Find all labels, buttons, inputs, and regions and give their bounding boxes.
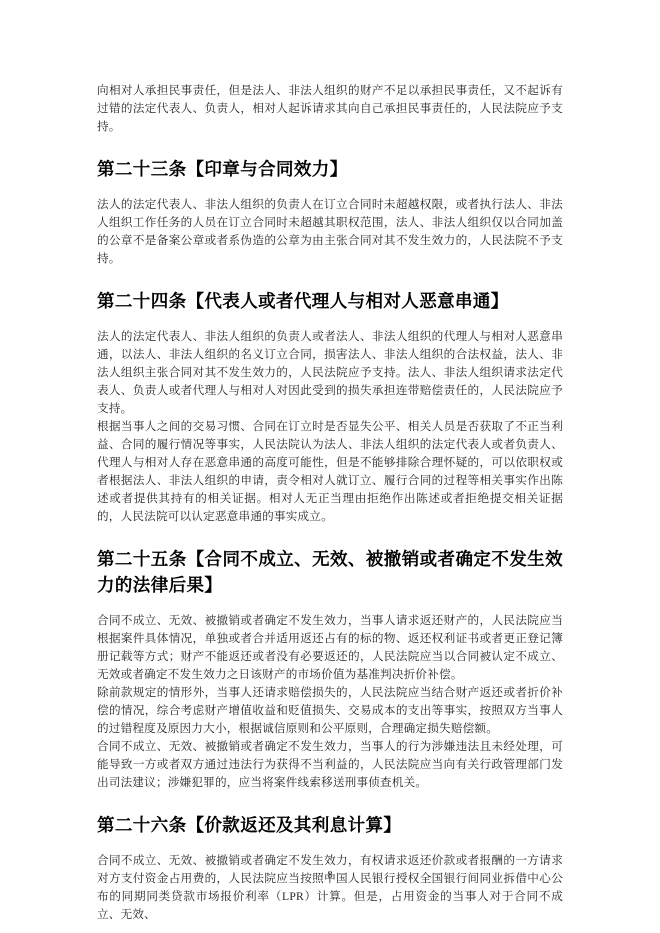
article-26-heading: 第二十六条【价款返还及其利息计算】: [97, 812, 563, 838]
article-25-paragraph-1: 合同不成立、无效、被撤销或者确定不发生效力，当事人请求返还财产的，人民法院应当根…: [97, 612, 563, 684]
document-page: 向相对人承担民事责任，但是法人、非法人组织的财产不足以承担民事责任，又不起诉有过…: [0, 0, 660, 933]
document-content: 向相对人承担民事责任，但是法人、非法人组织的财产不足以承担民事责任，又不起诉有过…: [97, 82, 563, 924]
page-footer: 8: [0, 865, 660, 883]
continuation-paragraph: 向相对人承担民事责任，但是法人、非法人组织的财产不足以承担民事责任，又不起诉有过…: [97, 82, 563, 136]
article-25-paragraph-3: 合同不成立、无效、被撤销或者确定不发生效力，当事人的行为涉嫌违法且未经处理，可能…: [97, 738, 563, 792]
article-23-paragraph: 法人的法定代表人、非法人组织的负责人在订立合同时未超越权限，或者执行法人、非法人…: [97, 196, 563, 268]
article-24-paragraph-1: 法人的法定代表人、非法人组织的负责人或者法人、非法人组织的代理人与相对人恶意串通…: [97, 328, 563, 418]
article-23-heading: 第二十三条【印章与合同效力】: [97, 156, 563, 182]
article-24-paragraph-2: 根据当事人之间的交易习惯、合同在订立时是否显失公平、相关人员是否获取了不正当利益…: [97, 418, 563, 526]
page-number: 8: [327, 870, 332, 881]
article-25-heading: 第二十五条【合同不成立、无效、被撤销或者确定不发生效力的法律后果】: [97, 546, 563, 598]
article-26-paragraph: 合同不成立、无效、被撤销或者确定不发生效力，有权请求返还价款或者报酬的一方请求对…: [97, 852, 563, 924]
article-25-paragraph-2: 除前款规定的情形外，当事人还请求赔偿损失的，人民法院应当结合财产返还或者折价补偿…: [97, 684, 563, 738]
article-24-heading: 第二十四条【代表人或者代理人与相对人恶意串通】: [97, 288, 563, 314]
